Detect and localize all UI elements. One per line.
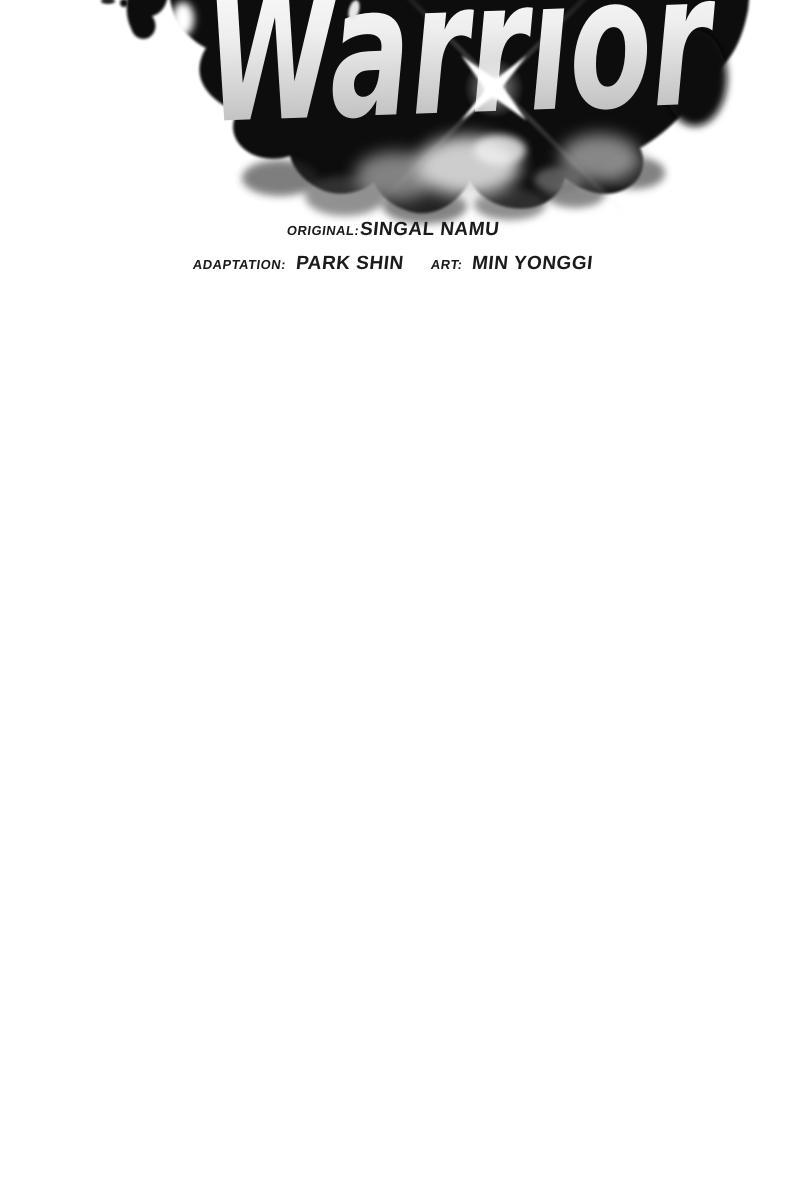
ink-wisp xyxy=(127,0,168,39)
credits: ORIGINAL: SINGAL NAMU ADAPTATION: PARK S… xyxy=(0,219,793,275)
adaptation-name: PARK SHIN xyxy=(294,253,404,275)
original-label: ORIGINAL: xyxy=(286,223,360,238)
art-name: MIN YONGGI xyxy=(471,253,594,275)
series-title-group: Warrior xyxy=(202,0,721,164)
credit-row-staff: ADAPTATION: PARK SHIN ART: MIN YONGGI xyxy=(0,253,793,275)
title-artwork: Warrior xyxy=(0,0,800,330)
white-notch xyxy=(172,2,194,36)
art-label: ART: xyxy=(430,257,464,272)
ink-speck xyxy=(101,0,115,4)
adaptation-label: ADAPTATION: xyxy=(192,257,287,272)
blank-page-area xyxy=(0,330,800,1200)
cloud-small xyxy=(534,167,582,193)
credit-row-original: ORIGINAL: SINGAL NAMU xyxy=(0,219,793,241)
original-name: SINGAL NAMU xyxy=(358,219,500,241)
series-title: Warrior xyxy=(202,0,721,164)
credit-group-art: ART: MIN YONGGI xyxy=(431,253,592,275)
credit-group-adaptation: ADAPTATION: PARK SHIN xyxy=(193,253,403,275)
